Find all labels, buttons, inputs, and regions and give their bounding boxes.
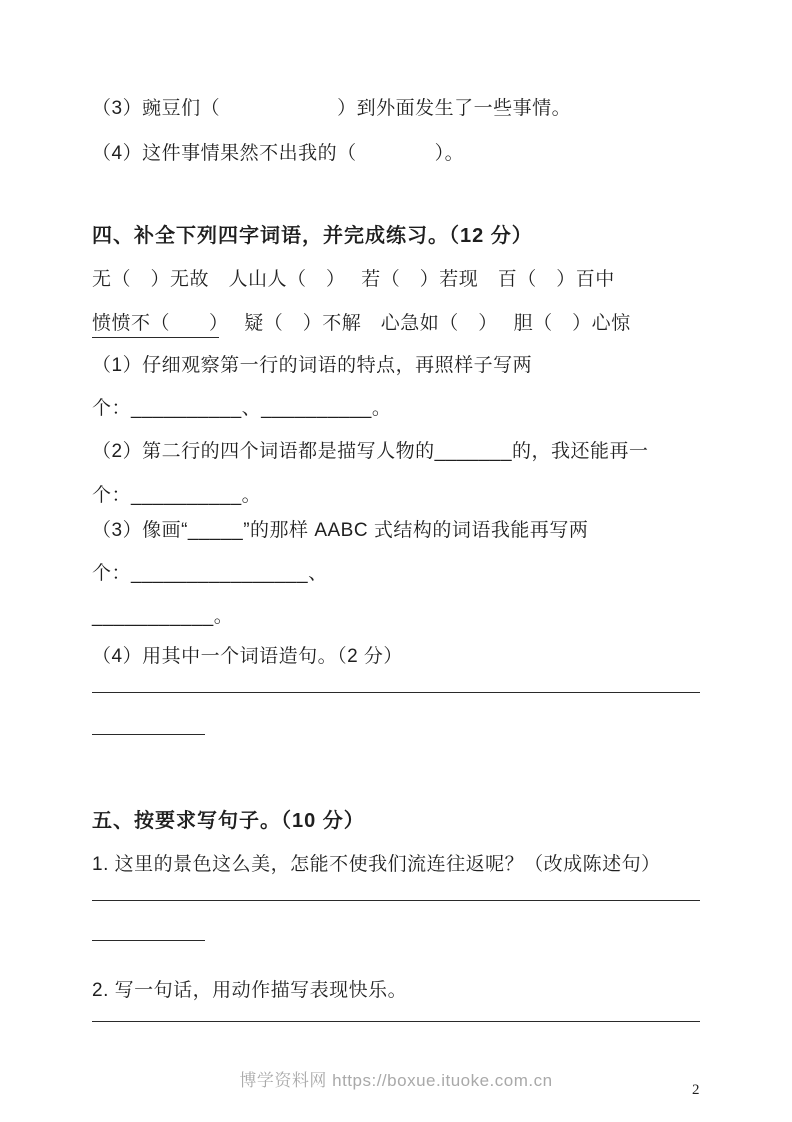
sub-question-2-blanks: 个：__________。: [92, 483, 261, 509]
idioms-row-1: 无（ ）无故 人山人（ ） 若（ ）若现 百（ ）百中: [92, 267, 615, 293]
idioms-row-2-rest: 疑（ ）不解 心急如（ ） 胆（ ）心惊: [219, 313, 631, 334]
question-5-1: 1. 这里的景色这么美，怎能不使我们流连往返呢？（改成陈述句）: [92, 852, 661, 878]
footer-site-link: 博学资料网 https://boxue.ituoke.com.cn: [0, 1066, 792, 1091]
sub-question-1-blanks: 个：__________、__________。: [92, 396, 391, 422]
sub-question-3-blanks-2: ___________。: [92, 604, 233, 630]
sub-question-3: （3）像画“_____”的那样 AABC 式结构的词语我能再写两: [92, 518, 588, 544]
sub-question-4: （4）用其中一个词语造句。（2 分）: [92, 644, 403, 670]
answer-line-short: [92, 734, 205, 735]
section-4-title: 四、补全下列四字词语，并完成练习。（12 分）: [92, 223, 533, 249]
idiom-underlined: 愤愤不（ ）: [92, 313, 219, 338]
sub-question-1: （1）仔细观察第一行的词语的特点，再照样子写两: [92, 353, 532, 379]
answer-line-short: [92, 940, 205, 941]
section-5-title: 五、按要求写句子。（10 分）: [92, 808, 365, 834]
worksheet-page: （3）豌豆们（ ）到外面发生了一些事情。 （4）这件事情果然不出我的（ ）。 四…: [0, 0, 792, 1122]
question-3-fill-blank: （3）豌豆们（ ）到外面发生了一些事情。: [92, 96, 571, 122]
answer-line-long: [92, 692, 700, 693]
sub-question-2: （2）第二行的四个词语都是描写人物的_______的，我还能再一: [92, 439, 649, 465]
answer-line-long: [92, 1021, 700, 1022]
idioms-row-2: 愤愤不（ ） 疑（ ）不解 心急如（ ） 胆（ ）心惊: [92, 311, 631, 337]
question-4-fill-blank: （4）这件事情果然不出我的（ ）。: [92, 141, 464, 167]
page-number: 2: [692, 1082, 700, 1099]
sub-question-3-blanks-1: 个：________________、: [92, 561, 328, 587]
answer-line-long: [92, 900, 700, 901]
question-5-2: 2. 写一句话，用动作描写表现快乐。: [92, 978, 407, 1004]
